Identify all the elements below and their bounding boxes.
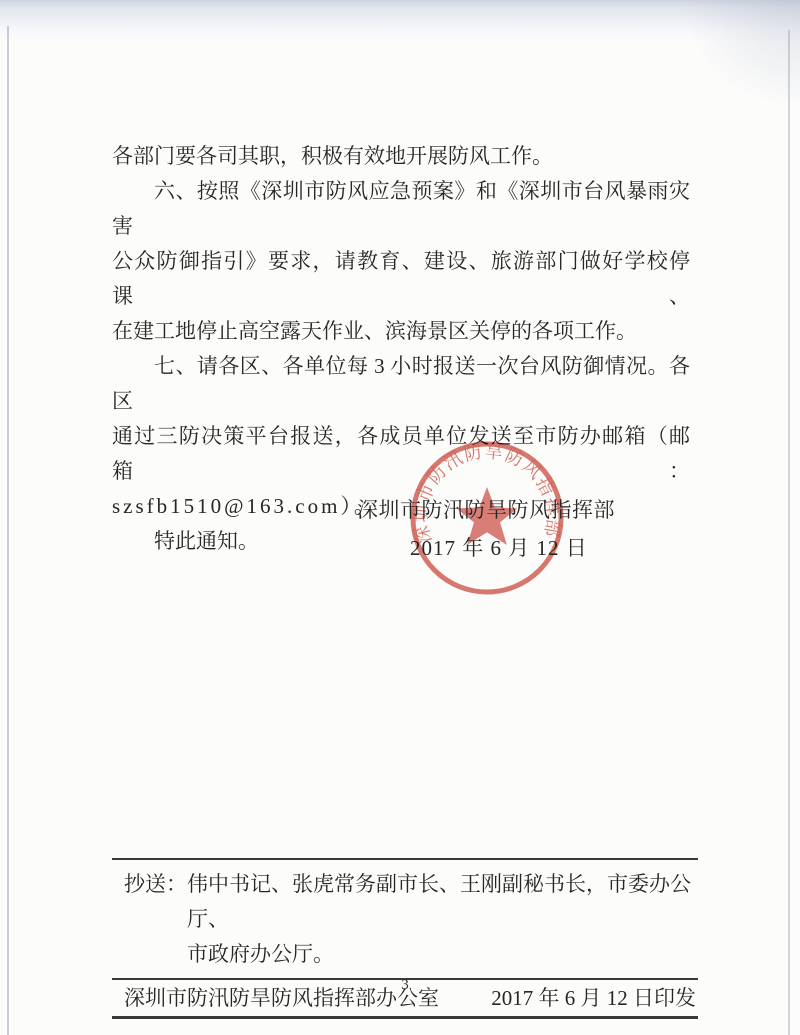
divider-bottom xyxy=(112,1016,698,1019)
cc-row: 抄送： 伟中书记、张虎常务副市长、王刚副秘书长，市委办公厅、 市政府办公厅。 xyxy=(112,860,698,978)
body-line: 公众防御指引》要求，请教育、建设、旅游部门做好学校停课、 xyxy=(112,244,690,314)
document-footer-block: 抄送： 伟中书记、张虎常务副市长、王刚副秘书长，市委办公厅、 市政府办公厅。 深… xyxy=(112,858,698,1019)
cc-content: 伟中书记、张虎常务副市长、王刚副秘书长，市委办公厅、 市政府办公厅。 xyxy=(187,867,698,972)
signature-org: 深圳市防汛防旱防风指挥部 xyxy=(357,494,613,524)
body-line: 各部门要各司其职，积极有效地开展防风工作。 xyxy=(112,139,690,174)
signature-date: 2017 年 6 月 12 日 xyxy=(410,532,610,562)
cc-label: 抄送： xyxy=(124,867,187,902)
scan-edge-right xyxy=(788,30,790,1035)
body-line: 通过三防决策平台报送，各成员单位发送至市防办邮箱（邮箱： xyxy=(112,419,690,489)
scanned-document-page: 各部门要各司其职，积极有效地开展防风工作。 六、按照《深圳市防风应急预案》和《深… xyxy=(0,0,800,1035)
body-line: 七、请各区、各单位每 3 小时报送一次台风防御情况。各区 xyxy=(112,349,690,419)
body-line: 六、按照《深圳市防风应急预案》和《深圳市台风暴雨灾害 xyxy=(112,174,690,244)
body-line: 在建工地停止高空露天作业、滨海景区关停的各项工作。 xyxy=(112,314,690,349)
cc-line: 伟中书记、张虎常务副市长、王刚副秘书长，市委办公厅、 xyxy=(187,867,698,937)
scan-shadow-corner xyxy=(680,0,800,110)
page-number: 3 xyxy=(0,977,800,994)
scan-edge-left xyxy=(7,26,9,1035)
cc-line: 市政府办公厅。 xyxy=(187,937,698,972)
